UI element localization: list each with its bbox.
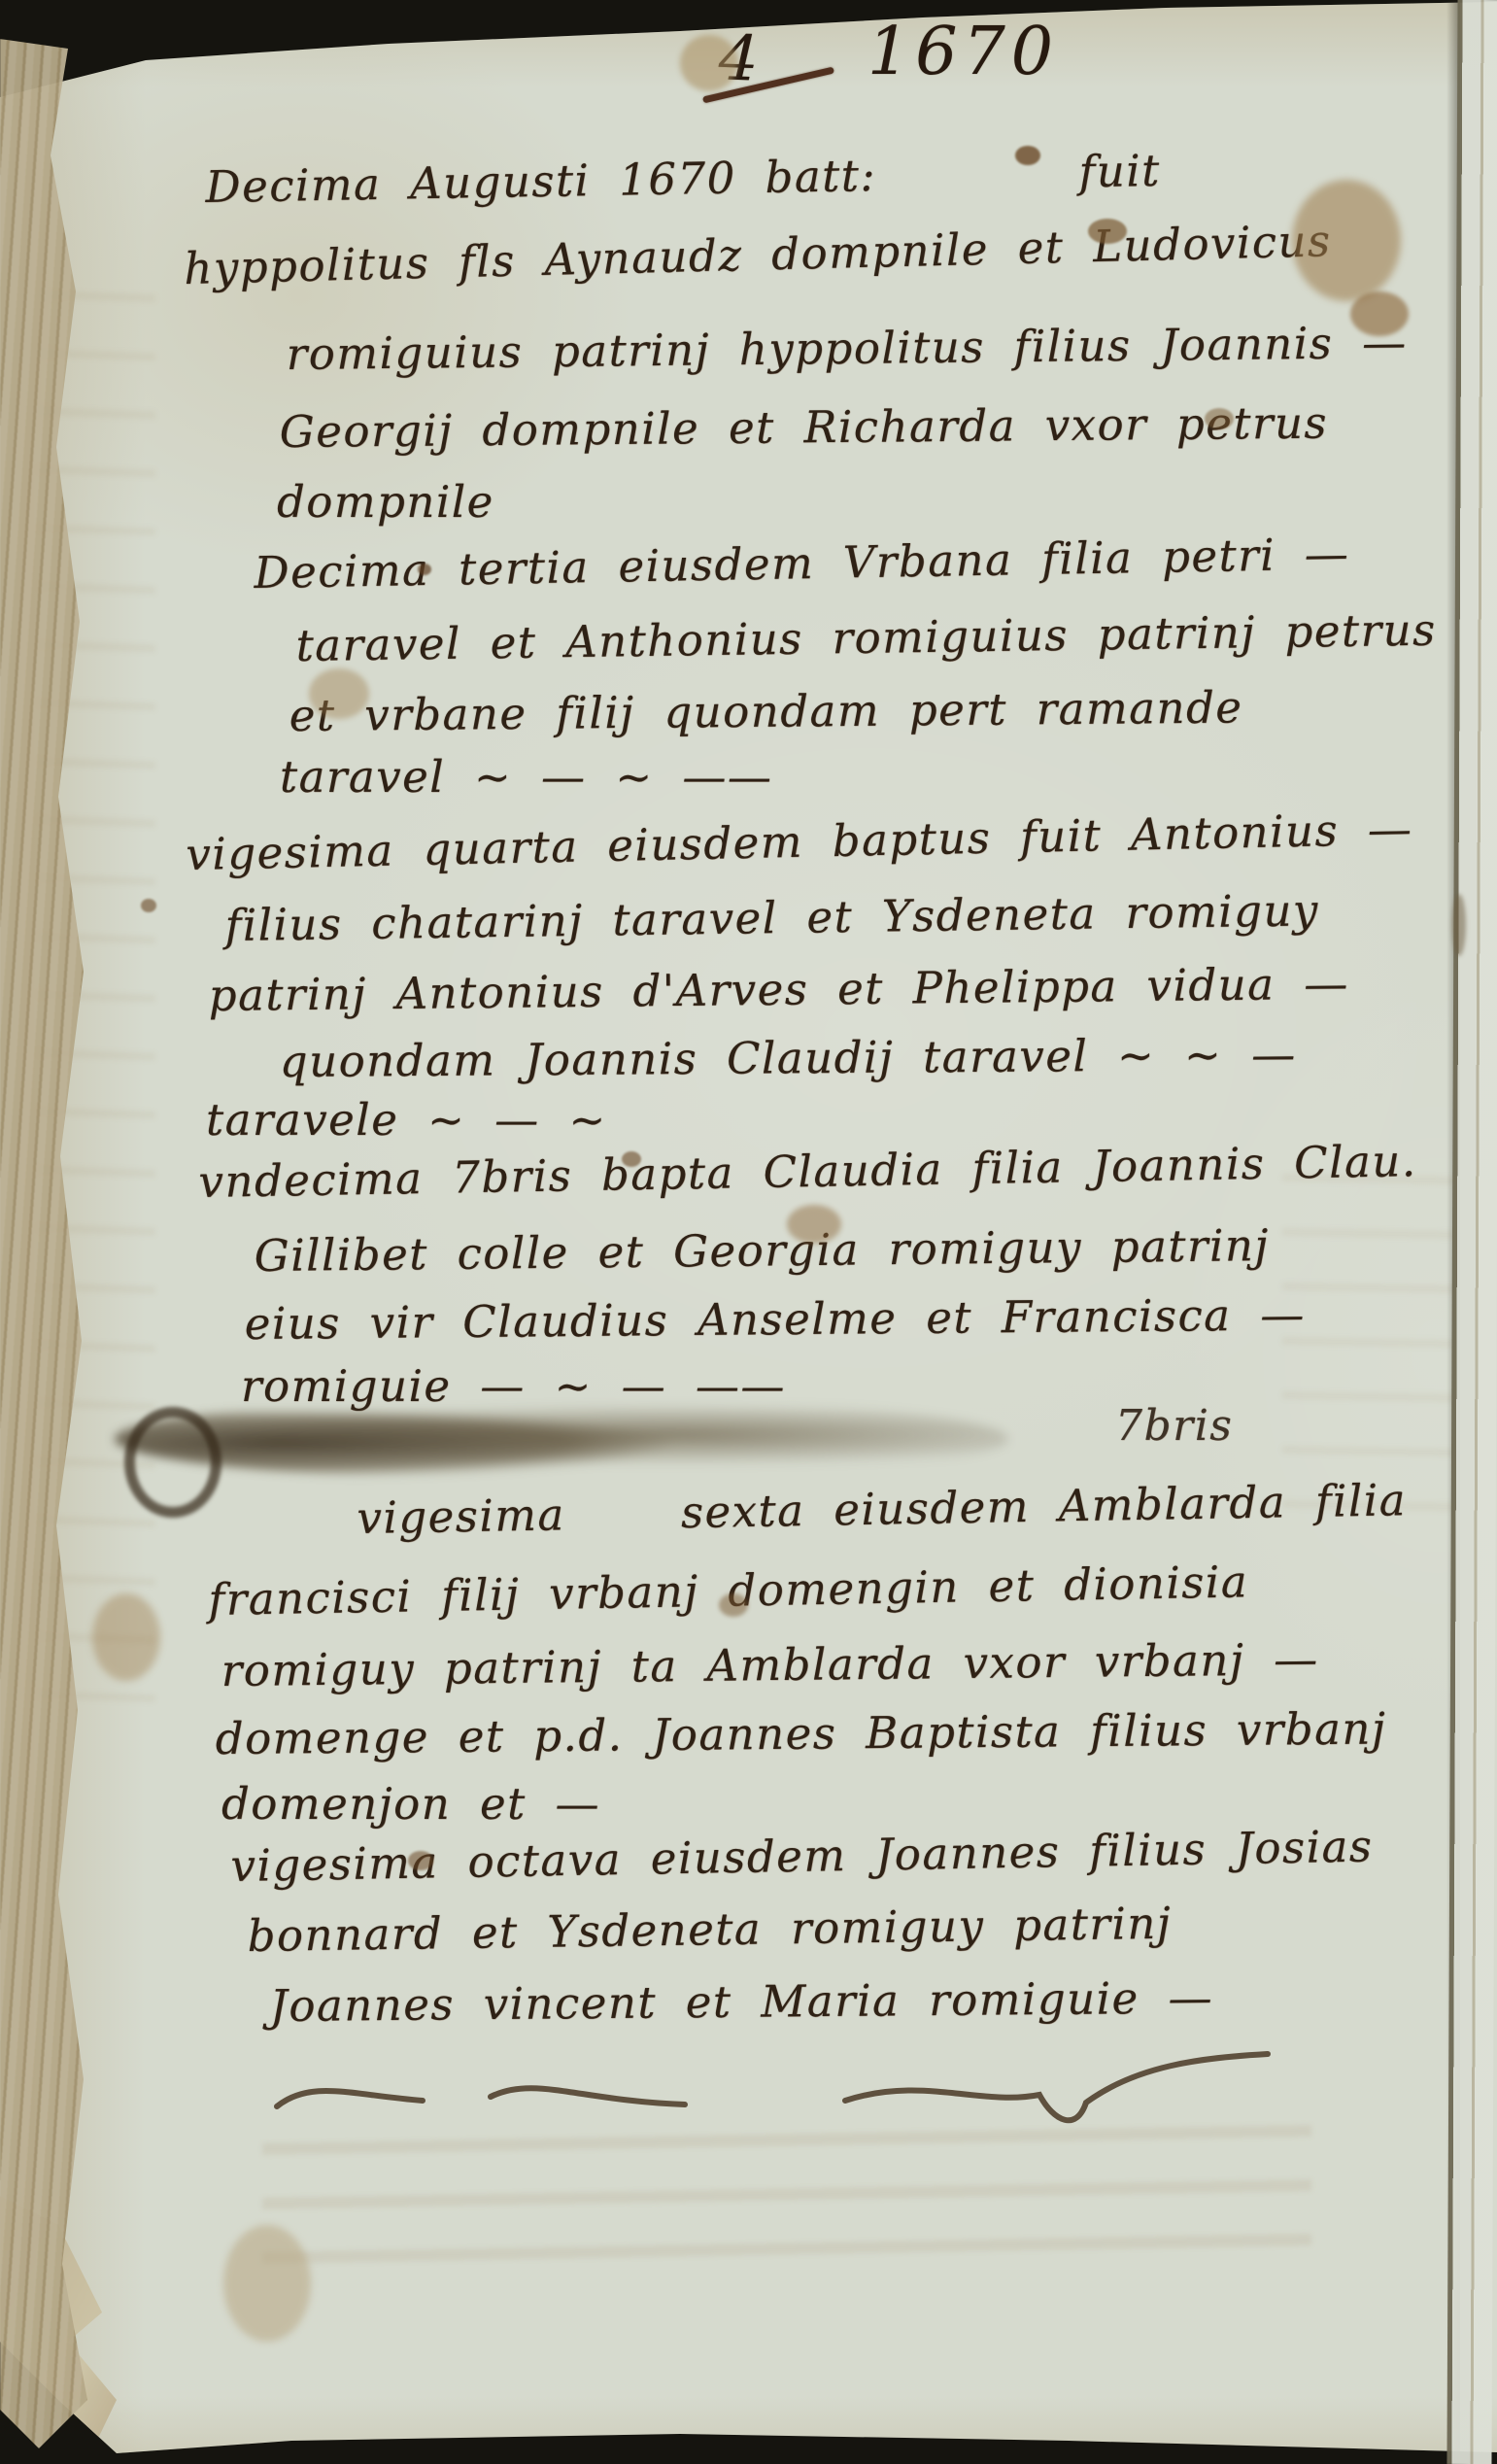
ink-stain — [141, 899, 156, 912]
ink-stain — [1088, 219, 1127, 244]
ink-stain — [418, 564, 431, 575]
year-heading: 1670 — [868, 14, 1059, 90]
ink-stain — [1015, 146, 1040, 165]
ink-stain — [622, 1151, 641, 1167]
record-line: patrinj Antonius d'Arves et Phelippa vid… — [208, 958, 1349, 1021]
record-line: domenjon et — — [221, 1778, 600, 1830]
ink-stain — [92, 1593, 160, 1681]
record-line: bonnard et Ysdeneta romiguy patrinj — [247, 1898, 1172, 1962]
register-page: 4 1670 Decima Augusti 1670 batt: fuit hy… — [0, 0, 1497, 2464]
ink-stain — [680, 35, 738, 91]
record-line: vigesima quarta eiusdem baptus fuit Anto… — [186, 804, 1413, 880]
record-line: et vrbane filij quondam pert ramande — [289, 681, 1243, 741]
record-line: vigesima sexta eiusdem Amblarda filia — [357, 1474, 1407, 1544]
ink-stain — [719, 1593, 748, 1617]
record-line: taravel ~ — ~ —— — [280, 751, 772, 803]
record-line: taravele ~ — ~ — [206, 1094, 607, 1146]
ink-stain — [1292, 180, 1401, 301]
record-line: vndecima 7bris bapta Claudia filia Joann… — [198, 1135, 1417, 1208]
record-line: Georgij dompnile et Richarda vxor petrus — [280, 397, 1329, 458]
record-line: vigesima octava eiusdem Joannes filius J… — [230, 1820, 1374, 1892]
record-line: romiguy patrinj ta Amblarda vxor vrbanj … — [221, 1633, 1318, 1696]
ink-stain — [223, 2225, 311, 2342]
fore-edge-mark — [1452, 894, 1466, 956]
ink-stain — [787, 1205, 841, 1244]
record-line: filius chatarinj taravel et Ysdeneta rom… — [224, 884, 1319, 951]
ink-smudge-initial — [124, 1407, 221, 1518]
manuscript-scan: 4 1670 Decima Augusti 1670 batt: fuit hy… — [0, 0, 1497, 2464]
ink-stain — [309, 668, 369, 719]
record-line: quondam Joannis Claudij taravel ~ ~ — — [280, 1029, 1297, 1087]
pen-flourish — [243, 2050, 1311, 2167]
ink-smudge — [115, 1397, 1008, 1481]
record-line: domenge et p.d. Joannes Baptista filius … — [216, 1702, 1387, 1764]
ink-stain — [1350, 291, 1409, 336]
record-line: romiguius patrinj hyppolitus filius Joan… — [286, 317, 1407, 380]
ink-stain — [408, 1851, 433, 1870]
smudge-visible-text: 7bris — [1115, 1401, 1233, 1451]
record-line: taravel et Anthonius romiguius patrinj p… — [295, 604, 1437, 671]
record-line: hyppolitus fls Aynaudz dompnile et Ludov… — [184, 215, 1332, 294]
record-line: dompnile — [277, 476, 494, 528]
ink-stain — [1205, 408, 1234, 429]
record-line: eius vir Claudius Anselme et Francisca — — [245, 1288, 1306, 1350]
record-line: Joannes vincent et Maria romiguie — — [270, 1972, 1214, 2032]
record-line: Gillibet colle et Georgia romiguy patrin… — [254, 1219, 1270, 1282]
record-line: Decima tertia eiusdem Vrbana filia petri… — [254, 528, 1350, 599]
